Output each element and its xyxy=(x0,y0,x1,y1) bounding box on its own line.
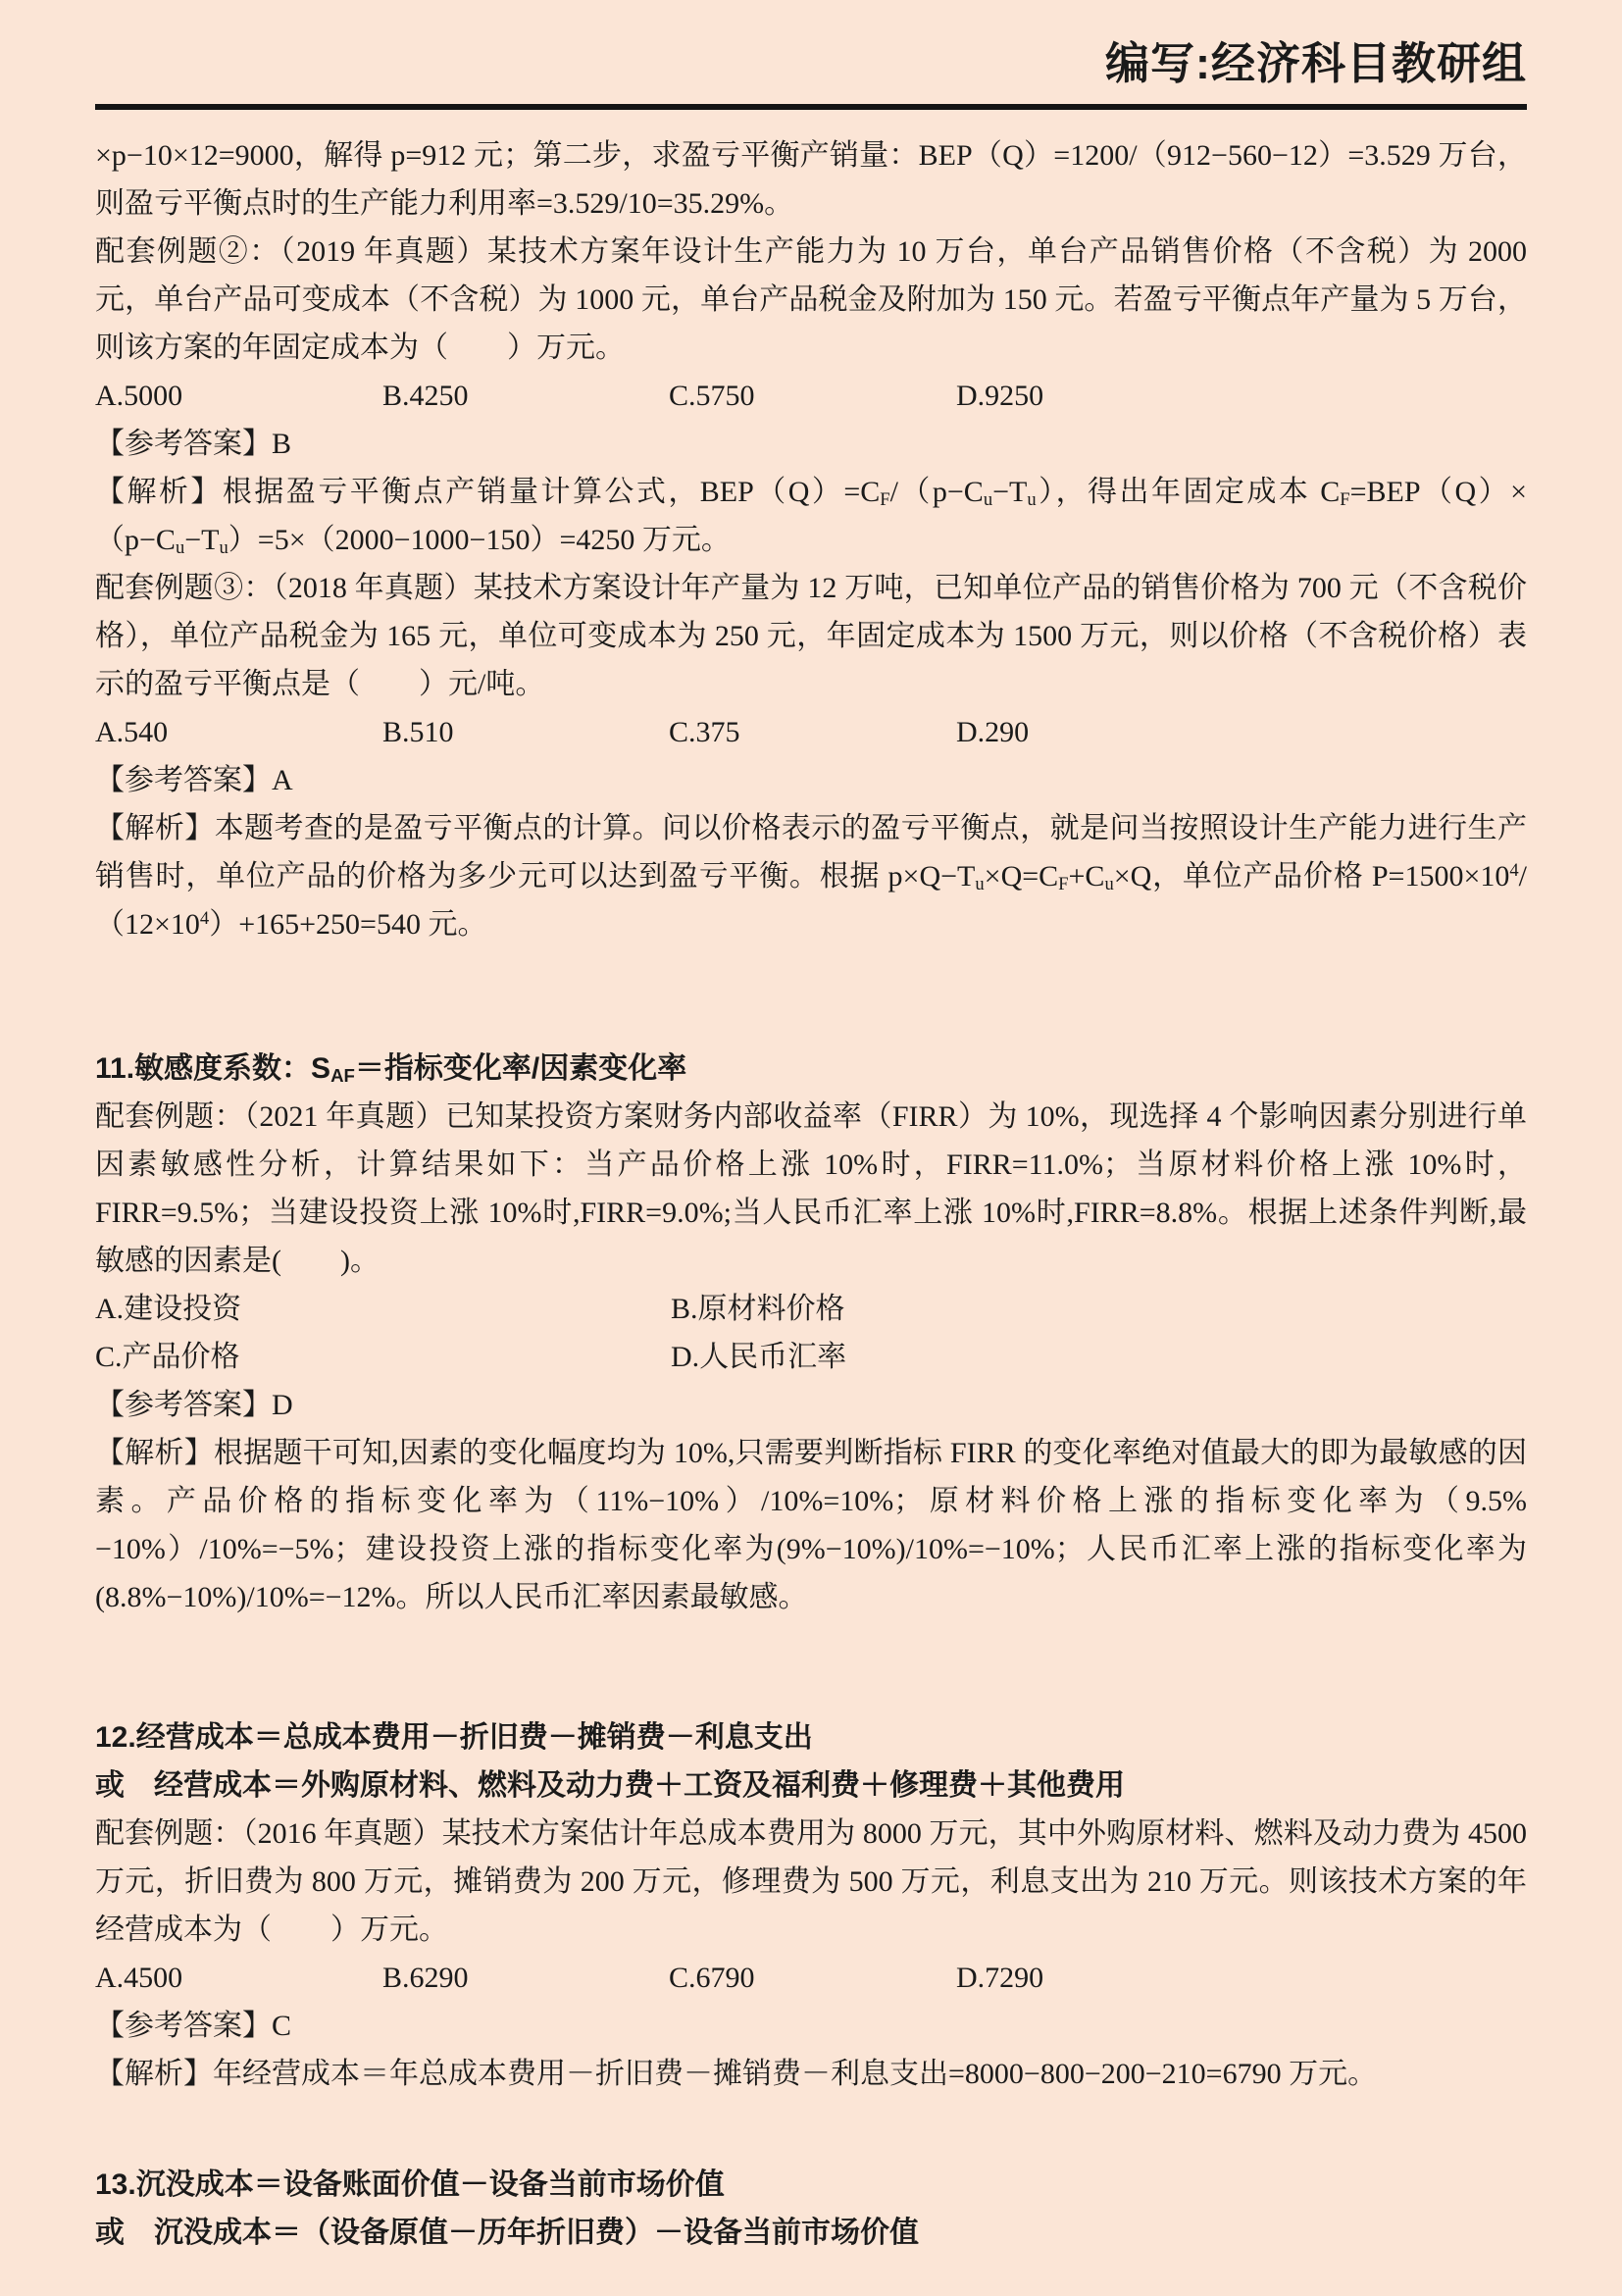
q11-option-a: A.建设投资 xyxy=(95,1285,671,1333)
q11-options-row1: A.建设投资 B.原材料价格 xyxy=(95,1285,1527,1333)
q12-stem: 配套例题：（2016 年真题）某技术方案估计年总成本费用为 8000 万元，其中… xyxy=(95,1810,1527,1954)
q12-option-a: A.4500 xyxy=(95,1954,382,2002)
q11-option-d: D.人民币汇率 xyxy=(671,1333,1527,1381)
q3-option-d: D.290 xyxy=(956,708,1527,756)
header-rule xyxy=(95,104,1527,110)
q2-option-d: D.9250 xyxy=(956,372,1527,420)
q2-option-b: B.4250 xyxy=(382,372,669,420)
q12-option-c: C.6790 xyxy=(669,1954,956,2002)
q11-analysis: 【解析】根据题干可知,因素的变化幅度均为 10%,只需要判断指标 FIRR 的变… xyxy=(95,1429,1527,1621)
q3-stem: 配套例题③：（2018 年真题）某技术方案设计年产量为 12 万吨，已知单位产品… xyxy=(95,564,1527,708)
q2-option-a: A.5000 xyxy=(95,372,382,420)
q11-option-c: C.产品价格 xyxy=(95,1333,671,1381)
q11-option-b: B.原材料价格 xyxy=(671,1285,1527,1333)
q12-options: A.4500 B.6290 C.6790 D.7290 xyxy=(95,1954,1527,2002)
section-gap xyxy=(95,948,1527,1045)
page-header: 编写:经济科目教研组 xyxy=(95,33,1527,110)
section-13-heading-line2: 或 沉没成本＝（设备原值－历年折旧费）－设备当前市场价值 xyxy=(95,2209,1527,2257)
q2-answer: 【参考答案】B xyxy=(95,420,1527,468)
section-gap xyxy=(95,2098,1527,2161)
q2-options: A.5000 B.4250 C.5750 D.9250 xyxy=(95,372,1527,420)
q11-options-row2: C.产品价格 D.人民币汇率 xyxy=(95,1333,1527,1381)
q11-stem: 配套例题：（2021 年真题）已知某投资方案财务内部收益率（FIRR）为 10%… xyxy=(95,1093,1527,1285)
q3-option-c: C.375 xyxy=(669,708,956,756)
document-page: 编写:经济科目教研组 ×p−10×12=9000，解得 p=912 元；第二步，… xyxy=(0,0,1622,2296)
carryover-solution-paragraph: ×p−10×12=9000，解得 p=912 元；第二步，求盈亏平衡产销量：BE… xyxy=(95,131,1527,228)
q3-answer: 【参考答案】A xyxy=(95,756,1527,804)
section-12-heading-line2: 或 经营成本＝外购原材料、燃料及动力费＋工资及福利费＋修理费＋其他费用 xyxy=(95,1761,1527,1810)
section-12-heading-line1: 12.经营成本＝总成本费用－折旧费－摊销费－利息支出 xyxy=(95,1713,1527,1761)
section-13-heading-line1: 13.沉没成本＝设备账面价值－设备当前市场价值 xyxy=(95,2161,1527,2209)
q3-option-a: A.540 xyxy=(95,708,382,756)
q2-option-c: C.5750 xyxy=(669,372,956,420)
q11-answer: 【参考答案】D xyxy=(95,1381,1527,1429)
byline: 编写:经济科目教研组 xyxy=(95,33,1527,94)
q3-options: A.540 B.510 C.375 D.290 xyxy=(95,708,1527,756)
q12-option-b: B.6290 xyxy=(382,1954,669,2002)
q3-analysis: 【解析】本题考查的是盈亏平衡点的计算。问以价格表示的盈亏平衡点，就是问当按照设计… xyxy=(95,804,1527,948)
q12-analysis: 【解析】年经营成本＝年总成本费用－折旧费－摊销费－利息支出=8000−800−2… xyxy=(95,2050,1527,2098)
q3-option-b: B.510 xyxy=(382,708,669,756)
q2-analysis: 【解析】根据盈亏平衡点产销量计算公式，BEP（Q）=CF/（p−Cu−Tu），得… xyxy=(95,468,1527,564)
q12-answer: 【参考答案】C xyxy=(95,2002,1527,2050)
q12-option-d: D.7290 xyxy=(956,1954,1527,2002)
section-gap xyxy=(95,1621,1527,1713)
q2-stem: 配套例题②：（2019 年真题）某技术方案年设计生产能力为 10 万台，单台产品… xyxy=(95,228,1527,372)
section-11-heading: 11.敏感度系数：SAF＝指标变化率/因素变化率 xyxy=(95,1045,1527,1093)
